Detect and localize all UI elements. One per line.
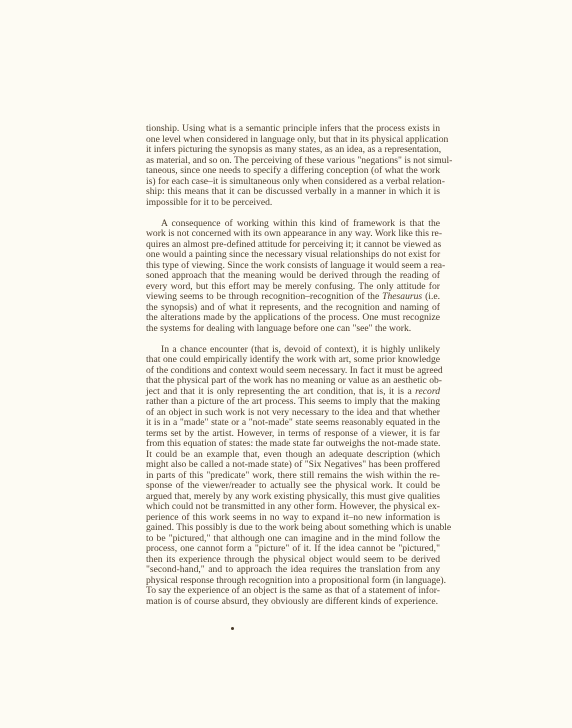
text-line: it is in a "made" state or a "not-made" … [146, 418, 440, 429]
text-line: which could not be transmitted in any ot… [146, 502, 440, 513]
text-line: process, one cannot form a "picture" of … [146, 544, 440, 555]
text-line: viewing seems to be through recognition–… [146, 292, 440, 303]
text-line: that one could empirically identify the … [146, 355, 440, 366]
text-line: ship: this means that it can be discusse… [146, 187, 440, 198]
text-line: gained. This possibly is due to the work… [146, 523, 440, 534]
text-line: that the physical part of the work has n… [146, 376, 440, 387]
text-line: soned approach that the meaning would be… [146, 271, 440, 282]
text-line: it infers picturing the synopsis as many… [146, 145, 440, 156]
text-line: impossible for it to be perceived. [146, 198, 440, 209]
text-line: from this equation of states: the made s… [146, 439, 440, 450]
text-line: "second-hand," and to approach the idea … [146, 565, 440, 576]
text-line: work is not concerned with its own appea… [146, 229, 440, 240]
text-line: rather than a picture of the art process… [146, 397, 440, 408]
text-column: tionship. Using what is a semantic princ… [146, 124, 440, 618]
text-line: taneous, since one needs to specify a di… [146, 166, 440, 177]
paragraph: tionship. Using what is a semantic princ… [146, 124, 440, 208]
text-line: To say the experience of an object is th… [146, 586, 440, 597]
text-line: the alterations made by the applications… [146, 313, 440, 324]
text-line: the systems for dealing with language be… [146, 324, 440, 335]
text-line: tionship. Using what is a semantic princ… [146, 124, 440, 135]
text-line: one would a painting since the necessary… [146, 250, 440, 261]
paragraph: A consequence of working within this kin… [146, 219, 440, 335]
text-line: sponse of the viewer/reader to actually … [146, 481, 440, 492]
page-marker-dot [231, 627, 234, 630]
document-page: tionship. Using what is a semantic princ… [0, 0, 572, 728]
text-line: mation is of course absurd, they obvious… [146, 597, 440, 608]
text-line: might also be called a not-made state) o… [146, 460, 440, 471]
paragraph: In a chance encounter (that is, devoid o… [146, 345, 440, 608]
